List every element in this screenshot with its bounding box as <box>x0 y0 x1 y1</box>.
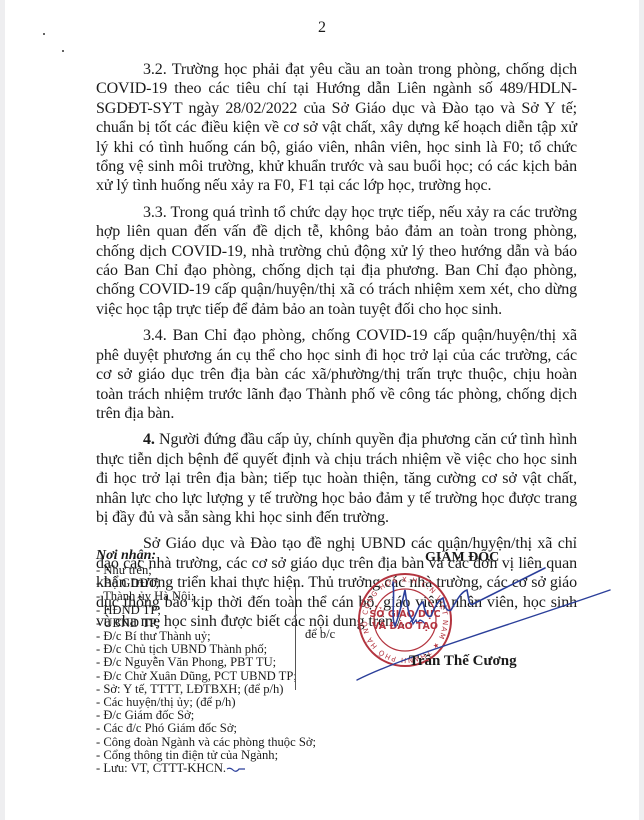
bracket-divider <box>295 583 296 690</box>
recipient-item: - Đ/c Nguyễn Văn Phong, PBT TU; <box>96 656 356 669</box>
signer-name: Trần Thế Cương <box>409 653 517 670</box>
recipients-list: Nơi nhận: - Như trên; - Bộ GDĐT; - Thành… <box>96 548 356 775</box>
bracket-label: để b/c <box>305 627 335 642</box>
scan-speck <box>62 50 64 52</box>
recipient-item: - Thành ủy Hà Nội; <box>96 590 356 603</box>
recipient-item: - Lưu: VT, CTTT-KHCN. <box>96 762 356 775</box>
initial-mark-icon <box>226 766 246 772</box>
paragraph-3-2: 3.2. Trường học phải đạt yêu cầu an toàn… <box>96 60 577 196</box>
handwritten-signature-icon <box>345 560 615 690</box>
document-page: 2 3.2. Trường học phải đạt yêu cầu an to… <box>5 0 639 820</box>
page-number: 2 <box>5 19 639 37</box>
paragraph-3-3: 3.3. Trong quá trình tổ chức dạy học trự… <box>96 203 577 319</box>
paragraph-3-4: 3.4. Ban Chỉ đạo phòng, chống COVID-19 c… <box>96 326 577 423</box>
recipients-heading: Nơi nhận: <box>96 548 356 563</box>
recipient-item: - Các đ/c Phó Giám đốc Sở; <box>96 722 356 735</box>
recipient-item: - Công đoàn Ngành và các phòng thuộc Sở; <box>96 736 356 749</box>
paragraph-4: 4. Người đứng đầu cấp ủy, chính quyền đị… <box>96 430 577 527</box>
recipient-item: - HĐND TP; <box>96 604 356 617</box>
recipient-item: - Đ/c Chử Xuân Dũng, PCT UBND TP; <box>96 670 356 683</box>
